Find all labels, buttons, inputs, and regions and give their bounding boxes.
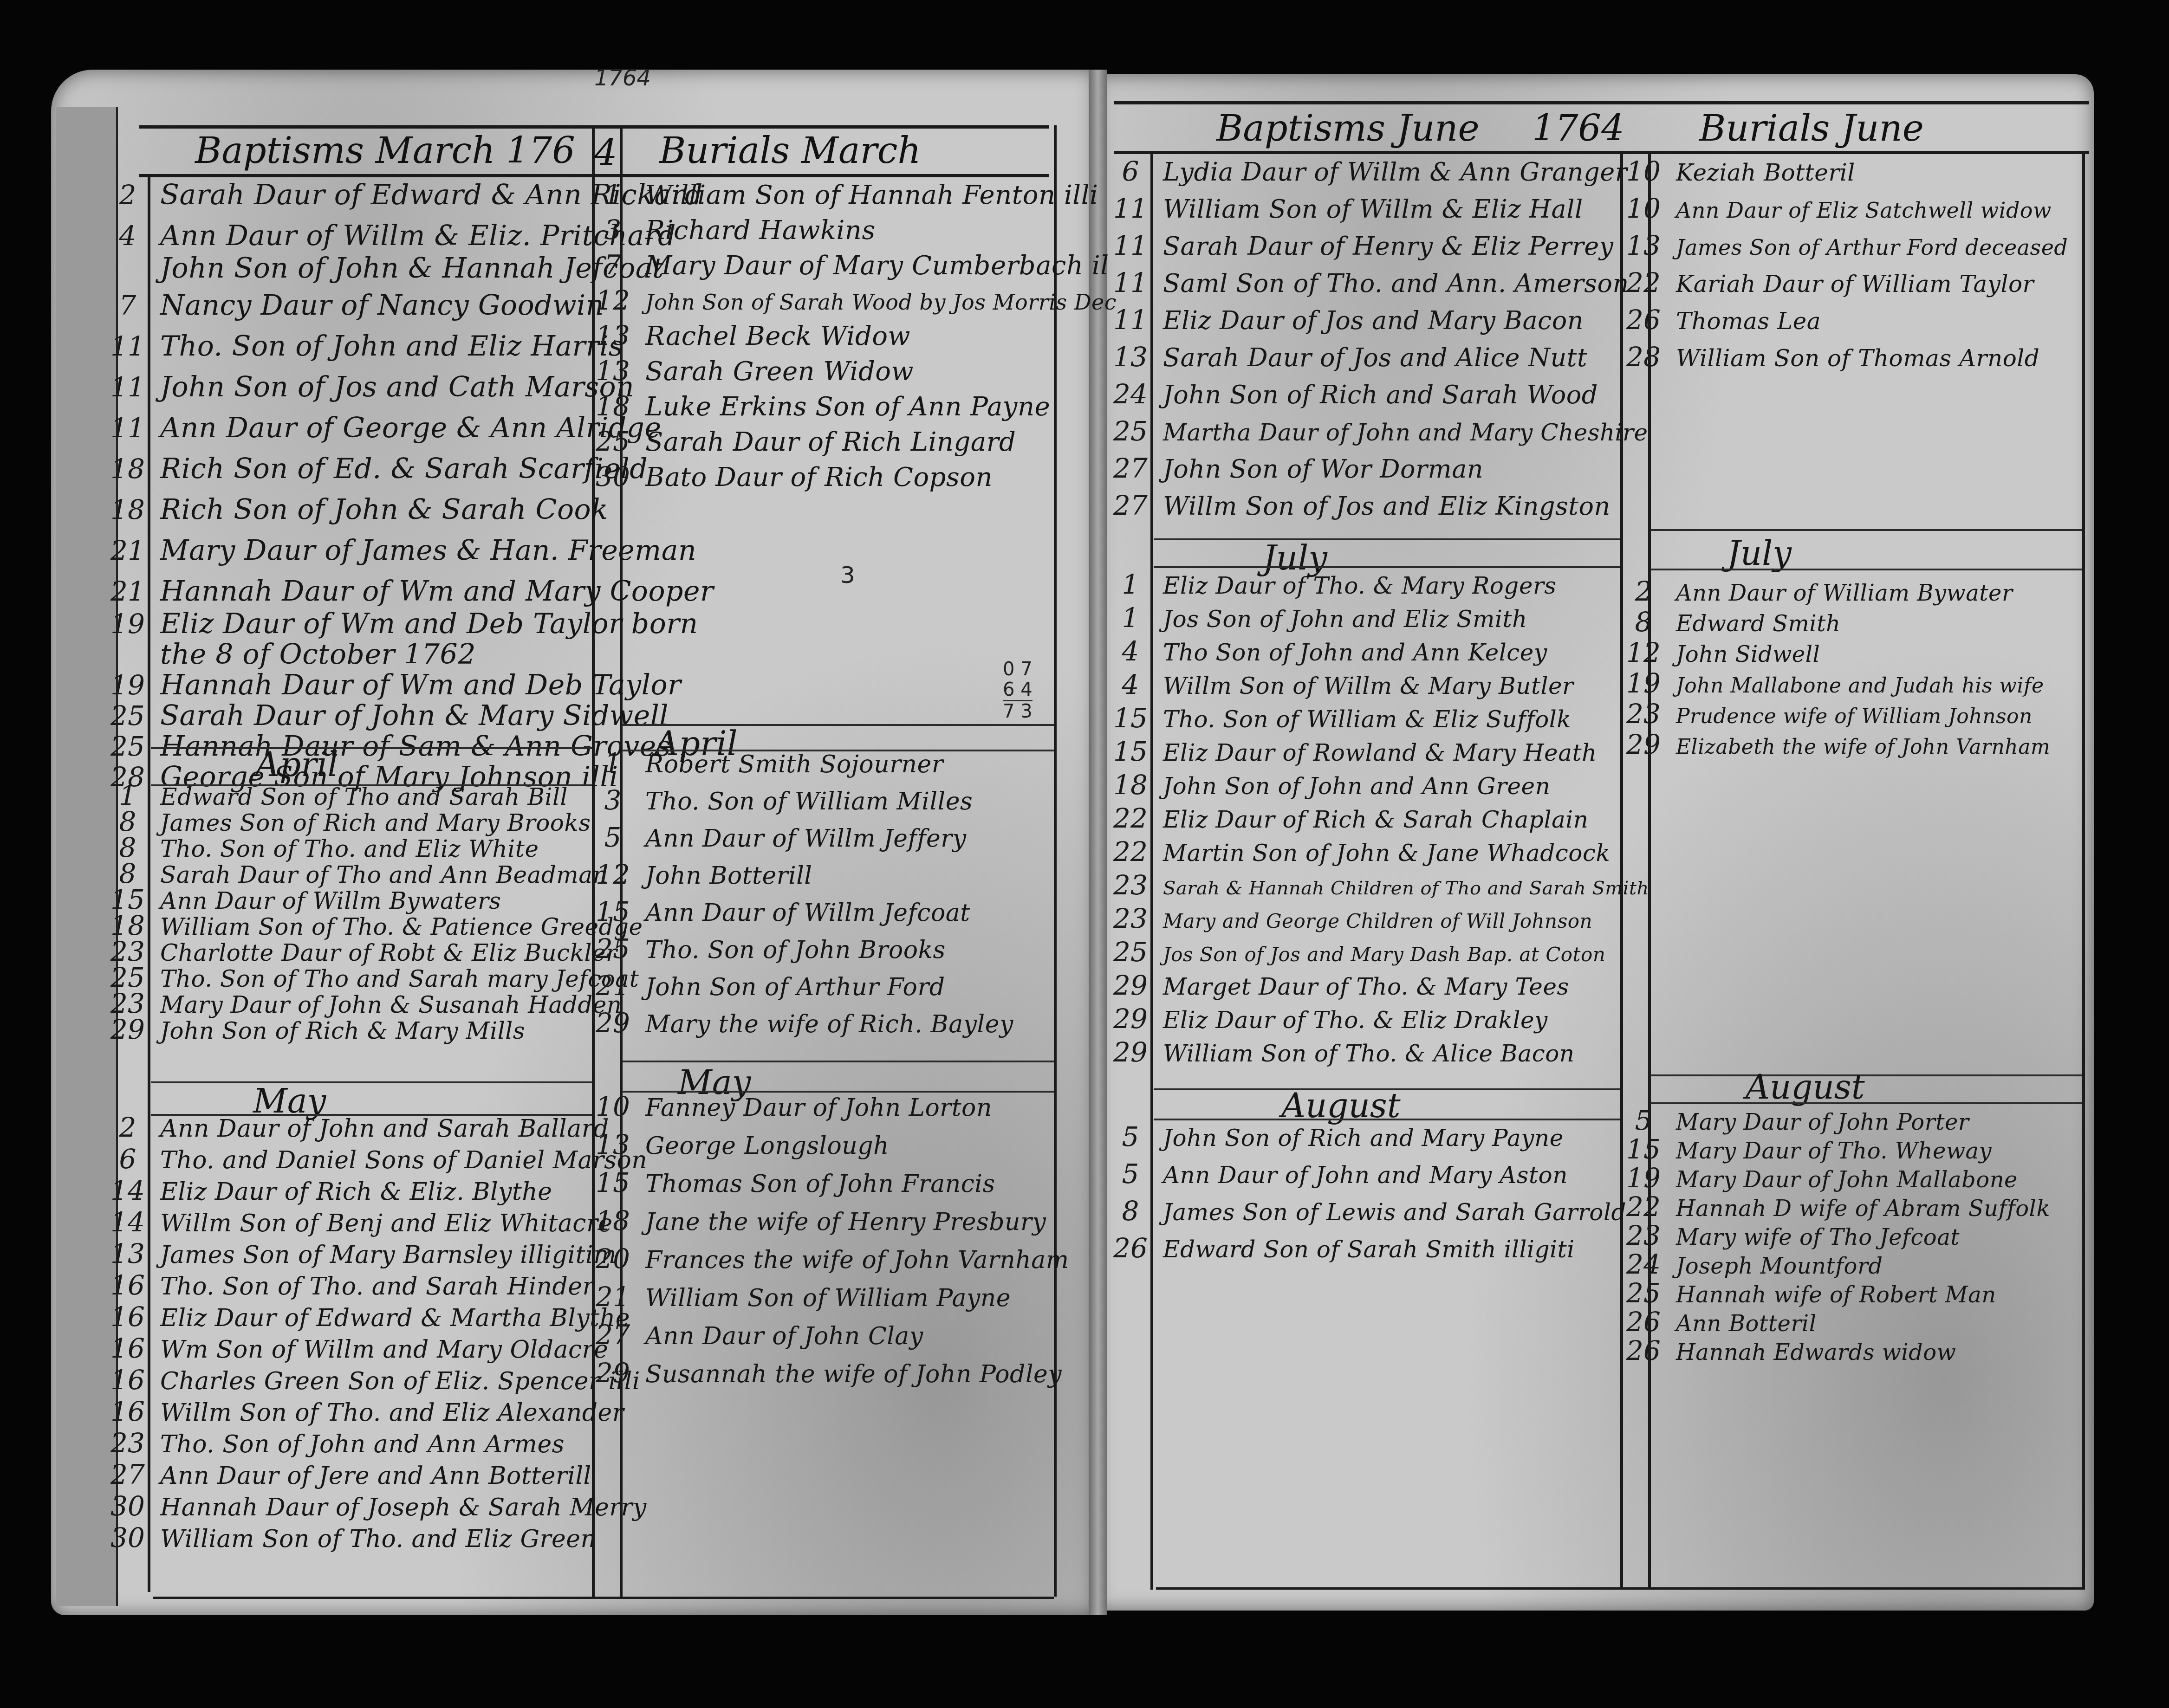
burial-entry: 28William Son of Thomas Arnold <box>1620 341 2068 378</box>
baptism-entry-continuation: the 8 of October 1762 <box>104 638 714 669</box>
burial-entry: 19John Mallabone and Judah his wife <box>1620 667 2050 698</box>
left-year-suffix: 4 <box>594 132 617 174</box>
burial-entry: 7Mary Daur of Mary Cumberbach il <box>590 249 1117 285</box>
baptism-entry: 29Marget Daur of Tho. & Mary Tees <box>1107 970 1649 1003</box>
baptism-entry: 2Ann Daur of John and Sarah Ballard <box>104 1112 647 1143</box>
baptism-entry: 16Willm Son of Tho. and Eliz Alexander <box>104 1396 647 1427</box>
baptism-entry: 21Hannah Daur of Wm and Mary Cooper <box>104 575 714 608</box>
burial-entry: 19Mary Daur of John Mallabone <box>1620 1162 2050 1191</box>
burial-entry: 21William Son of William Payne <box>590 1281 1069 1319</box>
july-rule-top <box>1154 538 1620 540</box>
baptism-entry: 8James Son of Lewis and Sarah Garrold <box>1107 1195 1626 1232</box>
burial-entry: 1William Son of Hannah Fenton illi <box>590 179 1117 214</box>
right-page-bottom-rule <box>1156 1587 2085 1590</box>
right-header-rule-top <box>1114 101 2089 104</box>
right-burials-july-list: 2Ann Daur of William Bywater 8Edward Smi… <box>1620 576 2050 759</box>
burial-entry: 22Kariah Daur of William Taylor <box>1620 267 2068 304</box>
baptism-entry: 30William Son of Tho. and Eliz Green <box>104 1522 647 1553</box>
baptism-entry: 16Charles Green Son of Eliz. Spencer ill… <box>104 1364 647 1396</box>
baptism-entry: 21Mary Daur of James & Han. Freeman <box>104 534 714 575</box>
baptism-entry: 8Sarah Daur of Tho and Ann Beadman <box>104 858 643 884</box>
burial-entry: 25Sarah Daur of Rich Lingard <box>590 426 1117 461</box>
baptism-entry: 23Charlotte Daur of Robt & Eliz Buckler <box>104 936 643 962</box>
right-baptisms-header: Baptisms June <box>1216 108 1480 149</box>
baptism-entry: 14Willm Son of Benj and Eliz Whitacre <box>104 1206 647 1238</box>
baptism-entry: 5Ann Daur of John and Mary Aston <box>1107 1158 1626 1195</box>
baptism-entry: 13Sarah Daur of Jos and Alice Nutt <box>1107 341 1648 378</box>
left-year-header: 176 <box>506 130 575 172</box>
burial-entry: 3Richard Hawkins <box>590 214 1117 249</box>
burial-entry: 13Sarah Green Widow <box>590 355 1117 390</box>
baptism-entry: 22Eliz Daur of Rich & Sarah Chaplain <box>1107 802 1649 836</box>
baptism-entry: 23Sarah & Hannah Children of Tho and Sar… <box>1107 869 1649 903</box>
right-header-rule-bottom <box>1114 151 2089 154</box>
left-burials-may-list: 10Fanney Daur of John Lorton 13George Lo… <box>590 1091 1069 1395</box>
right-burials-header: Burials June <box>1699 108 1924 149</box>
pencil-sum: 0 7 6 4 7 3 <box>1003 659 1033 722</box>
burial-entry: 29Mary the wife of Rich. Bayley <box>590 1007 1013 1044</box>
burial-entry: 30Bato Daur of Rich Copson <box>590 461 1117 496</box>
right-baptisms-june-list: 6Lydia Daur of Willm & Ann Granger 11Wil… <box>1107 155 1648 527</box>
baptism-entry: 13James Son of Mary Barnsley illigitim <box>104 1238 647 1269</box>
burial-entry: 29Elizabeth the wife of John Varnham <box>1620 729 2050 759</box>
baptism-entry: 1Eliz Daur of Tho. & Mary Rogers <box>1107 569 1649 602</box>
left-burials-april-list: 1Robert Smith Sojourner 3Tho. Son of Wil… <box>590 747 1013 1044</box>
burial-entry: 10Ann Daur of Eliz Satchwell widow <box>1620 193 2068 230</box>
baptism-entry: 4Tho Son of John and Ann Kelcey <box>1107 635 1649 669</box>
april-label: April <box>255 745 338 784</box>
baptism-entry: 15Eliz Daur of Rowland & Mary Heath <box>1107 736 1649 769</box>
burial-entry: 21John Son of Arthur Ford <box>590 970 1013 1007</box>
baptism-entry: 19Hannah Daur of Wm and Deb Taylor <box>104 669 714 699</box>
baptism-entry: 15Tho. Son of William & Eliz Suffolk <box>1107 702 1649 736</box>
baptism-entry: 26Edward Son of Sarah Smith illigiti <box>1107 1232 1626 1269</box>
baptism-entry: 1Jos Son of John and Eliz Smith <box>1107 602 1649 635</box>
burial-july-rule-top <box>1650 529 2082 531</box>
right-baptisms-july-list: 1Eliz Daur of Tho. & Mary Rogers 1Jos So… <box>1107 569 1649 1070</box>
baptism-entry: 29William Son of Tho. & Alice Bacon <box>1107 1036 1649 1070</box>
april-rule-top <box>151 747 592 749</box>
baptism-entry: 18Rich Son of John & Sarah Cook <box>104 493 714 534</box>
burial-entry: 2Ann Daur of William Bywater <box>1620 576 2050 606</box>
burial-entry: 12John Sidwell <box>1620 637 2050 667</box>
burial-entry: 26Ann Botteril <box>1620 1306 2050 1335</box>
baptism-entry: 23Mary Daur of John & Susanah Hadden <box>104 988 643 1014</box>
baptism-entry: 16Tho. Son of Tho. and Sarah Hinder <box>104 1269 647 1301</box>
right-burials-june-list: 10Keziah Botteril 10Ann Daur of Eliz Sat… <box>1620 155 2068 378</box>
july-rule-bottom <box>1154 566 1620 568</box>
burial-entry: 20Frances the wife of John Varnham <box>590 1243 1069 1281</box>
baptism-entry: 5John Son of Rich and Mary Payne <box>1107 1121 1626 1158</box>
burial-entry: 23Prudence wife of William Johnson <box>1620 698 2050 729</box>
baptism-entry: 27Ann Daur of Jere and Ann Botterill <box>104 1459 647 1490</box>
baptism-entry: 27John Son of Wor Dorman <box>1107 453 1648 490</box>
burial-entry: 23Mary wife of Tho Jefcoat <box>1620 1220 2050 1249</box>
burial-entry: 5Ann Daur of Willm Jeffery <box>590 822 1013 859</box>
pencil-note: 3 <box>840 562 855 589</box>
burial-entry: 13George Longslough <box>590 1129 1069 1167</box>
burial-entry: 12John Botterill <box>590 859 1013 896</box>
top-margin-note: 1764 <box>594 65 651 91</box>
burial-entry: 10Keziah Botteril <box>1620 155 2068 193</box>
burial-august-rule-top <box>1650 1074 2082 1076</box>
burial-august-rule-bottom <box>1650 1102 2082 1104</box>
right-baptisms-august-list: 5John Son of Rich and Mary Payne 5Ann Da… <box>1107 1121 1626 1269</box>
burial-entry: 26Hannah Edwards widow <box>1620 1335 2050 1364</box>
burial-entry: 13Rachel Beck Widow <box>590 320 1117 355</box>
burial-entry: 3Tho. Son of William Milles <box>590 784 1013 822</box>
burial-entry: 15Thomas Son of John Francis <box>590 1167 1069 1205</box>
baptism-entry: 11Eliz Daur of Jos and Mary Bacon <box>1107 304 1648 341</box>
baptism-entry: 30Hannah Daur of Joseph & Sarah Merry <box>104 1490 647 1522</box>
burial-july-label: July <box>1727 534 1792 573</box>
baptism-entry: 23Tho. Son of John and Ann Armes <box>104 1427 647 1459</box>
baptism-entry: 16Wm Son of Willm and Mary Oldacre <box>104 1333 647 1364</box>
burial-entry: 29Susannah the wife of John Podley <box>590 1357 1069 1395</box>
baptism-entry: 18William Son of Tho. & Patience Greedge <box>104 910 643 936</box>
baptism-entry: 29Eliz Daur of Tho. & Eliz Drakley <box>1107 1003 1649 1036</box>
baptism-entry: 18John Son of John and Ann Green <box>1107 769 1649 802</box>
baptism-entry: 4Willm Son of Willm & Mary Butler <box>1107 669 1649 702</box>
burial-entry: 15Mary Daur of Tho. Wheway <box>1620 1133 2050 1162</box>
burial-entry: 12John Son of Sarah Wood by Jos Morris D… <box>590 285 1117 320</box>
baptism-entry: 8James Son of Rich and Mary Brooks <box>104 806 643 832</box>
baptism-entry: 16Eliz Daur of Edward & Martha Blythe <box>104 1301 647 1333</box>
left-burials-march-list: 1William Son of Hannah Fenton illi 3Rich… <box>590 179 1117 496</box>
baptism-entry: 6Tho. and Daniel Sons of Daniel Marson <box>104 1143 647 1175</box>
baptism-entry: 25Tho. Son of Tho and Sarah mary Jefcoat <box>104 962 643 988</box>
burial-entry: 10Fanney Daur of John Lorton <box>590 1091 1069 1129</box>
burial-entry: 24Joseph Mountford <box>1620 1249 2050 1277</box>
baptism-entry: 6Lydia Daur of Willm & Ann Granger <box>1107 155 1648 193</box>
burial-entry: 1Robert Smith Sojourner <box>590 747 1013 784</box>
burial-entry: 26Thomas Lea <box>1620 304 2068 341</box>
burial-entry: 25Tho. Son of John Brooks <box>590 933 1013 970</box>
baptism-entry: 1Edward Son of Tho and Sarah Bill <box>104 780 643 806</box>
baptism-entry: 24John Son of Rich and Sarah Wood <box>1107 378 1648 415</box>
left-burials-header: Burials March <box>659 130 921 172</box>
burial-entry: 22Hannah D wife of Abram Suffolk <box>1620 1191 2050 1220</box>
burial-entry: 8Edward Smith <box>1620 606 2050 637</box>
burial-entry: 15Ann Daur of Willm Jefcoat <box>590 896 1013 933</box>
right-edge-rule <box>2082 151 2085 1590</box>
right-burials-august-list: 5Mary Daur of John Porter 15Mary Daur of… <box>1620 1105 2050 1364</box>
left-baptisms-may-list: 2Ann Daur of John and Sarah Ballard 6Tho… <box>104 1112 647 1553</box>
baptism-entry: 25Martha Daur of John and Mary Cheshire <box>1107 415 1648 453</box>
baptism-entry: 19Eliz Daur of Wm and Deb Taylor born <box>104 608 714 638</box>
burial-entry: 18Jane the wife of Henry Presbury <box>590 1205 1069 1243</box>
burial-august-label: August <box>1746 1067 1865 1106</box>
baptism-entry: 25Jos Son of Jos and Mary Dash Bap. at C… <box>1107 936 1649 970</box>
burial-entry: 18Luke Erkins Son of Ann Payne <box>590 390 1117 426</box>
burial-entry: 25Hannah wife of Robert Man <box>1620 1277 2050 1306</box>
burial-july-rule-bottom <box>1650 569 2082 570</box>
august-rule-bottom <box>1154 1119 1620 1120</box>
burial-entry: 27Ann Daur of John Clay <box>590 1319 1069 1357</box>
burial-entry: 13James Son of Arthur Ford deceased <box>1620 230 2068 267</box>
burial-may-rule-top <box>622 1061 1054 1062</box>
burial-entry: 5Mary Daur of John Porter <box>1620 1105 2050 1133</box>
baptism-entry: 14Eliz Daur of Rich & Eliz. Blythe <box>104 1175 647 1206</box>
baptism-entry: 11Saml Son of Tho. and Ann. Amerson <box>1107 267 1648 304</box>
baptism-entry: 11Sarah Daur of Henry & Eliz Perrey <box>1107 230 1648 267</box>
baptism-entry: 22Martin Son of John & Jane Whadcock <box>1107 836 1649 869</box>
baptism-entry: 27Willm Son of Jos and Eliz Kingston <box>1107 490 1648 527</box>
right-year-header: 1764 <box>1532 108 1624 149</box>
may-rule-top <box>151 1081 592 1083</box>
left-baptisms-header: Baptisms March <box>195 130 495 172</box>
baptism-entry: 23Mary and George Children of Will Johns… <box>1107 903 1649 936</box>
baptism-entry: 11William Son of Willm & Eliz Hall <box>1107 193 1648 230</box>
left-page-bottom-rule <box>153 1597 1054 1599</box>
left-baptisms-april-list: 1Edward Son of Tho and Sarah Bill 8James… <box>104 780 643 1040</box>
